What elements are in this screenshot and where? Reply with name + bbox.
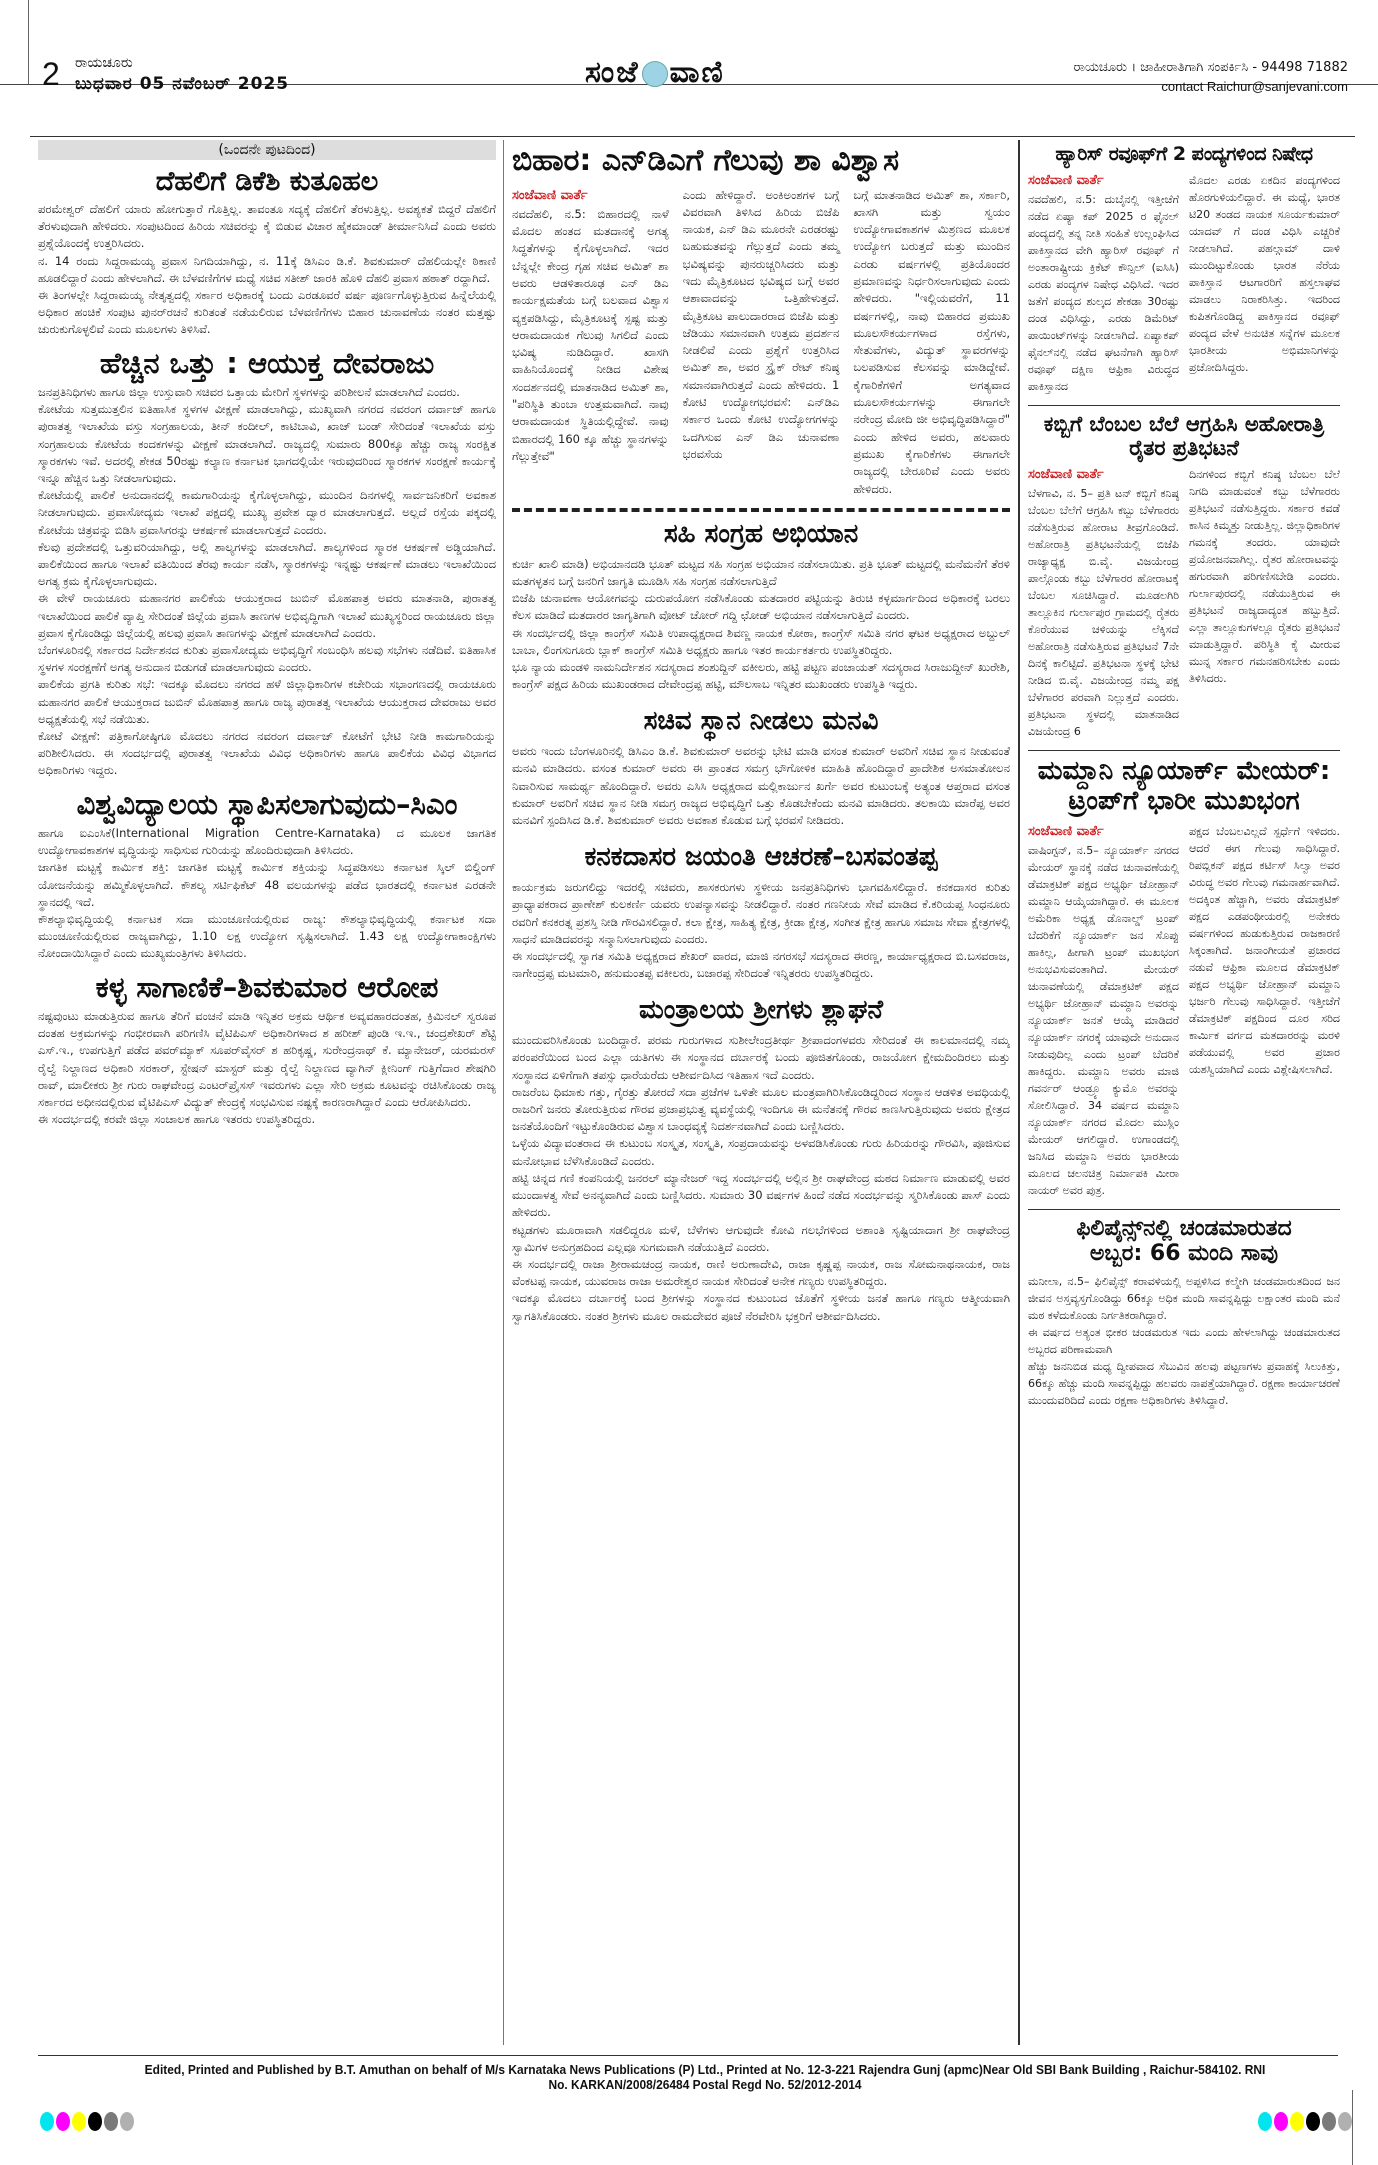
paragraph: ಒಳ್ಳೆಯ ವಿದ್ಯಾವಂತರಾದ ಈ ಕುಟುಂಬ ಸಂಸ್ಕೃತ, ಸಂ… xyxy=(512,1135,1010,1169)
paragraph: ಪರಮೇಶ್ವರ್ ದೆಹಲಿಗೆ ಯಾರು ಹೋಗುತ್ತಾರೆ ಗೊತ್ತಿ… xyxy=(38,201,496,253)
dove-icon xyxy=(642,61,668,87)
paragraph: ನ. 14 ರಂದು ಸಿದ್ದರಾಮಯ್ಯ ಪ್ರವಾಸ ನಿಗದಿಯಾಗಿದ… xyxy=(38,253,496,287)
article-kalla-saganike: ಕಳ್ಳ ಸಾಗಾಣಿಕೆ–ಶಿವಕುಮಾರ ಆರೋಪ ನಷ್ಟವುಂಟು ಮಾ… xyxy=(38,971,496,1129)
headline: ಮಂತ್ರಾಲಯ ಶ್ರೀಗಳು ಶ್ಲಾಘನೆ xyxy=(512,996,1010,1026)
headline: ಹ್ಯಾರಿಸ್ ರವೂಫ್‌ಗೆ 2 ಪಂದ್ಯಗಳಿಂದ ನಿಷೇಧ xyxy=(1028,144,1340,166)
ad-contact: ರಾಯಚೂರು । ಜಾಹೀರಾತಿಗಾಗಿ ಸಂಪರ್ಕಿಸಿ - 94498… xyxy=(1073,60,1348,94)
headline: ಕಬ್ಬಿಗೆ ಬೆಂಬಲ ಬೆಲೆ ಆಗ್ರಹಿಸಿ ಅಹೋರಾತ್ರಿ ರೈ… xyxy=(1028,412,1340,460)
paragraph: ಮೊದಲ ಎರಡು ಏಕದಿನ ಪಂದ್ಯಗಳಿಂದ ಹೊರಗುಳಿಯಲಿದ್ದ… xyxy=(1189,172,1340,376)
paragraph: ಹಟ್ಟಿ ಚಿನ್ನದ ಗಣಿ ಕಂಪನಿಯಲ್ಲಿ ಜನರಲ್ ಮ್ಯಾನೇ… xyxy=(512,1170,1010,1222)
section-divider xyxy=(512,508,1010,512)
paragraph: ಈ ಸಂದರ್ಭದಲ್ಲಿ ಸ್ವಾಗತ ಸಮಿತಿ ಅಧ್ಯಕ್ಷರಾದ ಶೇ… xyxy=(512,948,1010,982)
paragraph: ಕೌಶಲ್ಯಾಭಿವೃದ್ಧಿಯಲ್ಲಿ ಕರ್ನಾಟಕ ಸದಾ ಮುಂಚೂಣಿ… xyxy=(38,911,496,963)
paragraph: ಕೆಲವು ಪ್ರದೇಶದಲ್ಲಿ ಒತ್ತುವರಿಯಾಗಿದ್ದು, ಅಲ್ಲ… xyxy=(38,539,496,591)
article-kabbu-protest: ಕಬ್ಬಿಗೆ ಬೆಂಬಲ ಬೆಲೆ ಆಗ್ರಹಿಸಿ ಅಹೋರಾತ್ರಿ ರೈ… xyxy=(1028,412,1340,740)
paragraph: ಕೋಟೆ ವೀಕ್ಷಣೆ: ಪತ್ರಿಕಾಗೋಷ್ಠಿಗೂ ಮೊದಲು ನಗರದ… xyxy=(38,728,496,780)
article-dehali-dkshi: ದೆಹಲಿಗೆ ಡಿಕೆಶಿ ಕುತೂಹಲ ಪರಮೇಶ್ವರ್ ದೆಹಲಿಗೆ … xyxy=(38,166,496,339)
right-column: ಹ್ಯಾರಿಸ್ ರವೂಫ್‌ಗೆ 2 ಪಂದ್ಯಗಳಿಂದ ನಿಷೇಧ ಸಂಜ… xyxy=(1028,140,1340,2045)
paragraph: ಬೆಳಗಾವಿ, ನ. 5– ಪ್ರತಿ ಟನ್ ಕಬ್ಬಿಗೆ ಕನಿಷ್ಠ … xyxy=(1028,485,1179,740)
paragraph: ಅವರು ಇಂದು ಬೆಂಗಳೂರಿನಲ್ಲಿ ಡಿಸಿಎಂ ಡಿ.ಕೆ. ಶಿ… xyxy=(512,743,1010,829)
paragraph: ನವದೆಹಲಿ, ನ.5: ಬಿಹಾರದಲ್ಲಿ ನಾಳೆ ಮೊದಲ ಹಂತದ … xyxy=(512,206,669,465)
lightgray-dot-icon xyxy=(1338,2112,1352,2131)
column-divider xyxy=(503,140,504,2045)
paragraph: ಎಂದು ಹೇಳಿದ್ದಾರೆ. ಅಂಕಿಅಂಶಗಳ ಬಗ್ಗೆ ವಿವರವಾಗ… xyxy=(683,187,840,464)
crop-mark xyxy=(28,0,29,84)
headline-line-2: ಅಬ್ಬರ: 66 ಮಂದಿ ಸಾವು xyxy=(1028,1241,1340,1266)
paragraph: ನಷ್ಟವುಂಟು ಮಾಡುತ್ತಿರುವ ಹಾಗೂ ತೆರಿಗೆ ವಂಚನೆ … xyxy=(38,1008,496,1111)
black-dot-icon xyxy=(88,2112,102,2131)
magenta-dot-icon xyxy=(56,2112,70,2131)
yellow-dot-icon xyxy=(1290,2112,1304,2131)
headline: ಸಚಿವ ಸ್ಥಾನ ನೀಡಲು ಮನವಿ xyxy=(512,707,1010,737)
cyan-dot-icon xyxy=(1258,2112,1272,2131)
paragraph: ನವದೆಹಲಿ, ನ.5: ದುಬೈನಲ್ಲಿ ಇತ್ತೀಚೆಗೆ ನಡೆದ ಏ… xyxy=(1028,191,1179,395)
paragraph: ಈ ಸಂದರ್ಭದಲ್ಲಿ ರಾಜಾ ಶ್ರೀರಾಮಚಂದ್ರ ನಾಯಕ, ರಾ… xyxy=(512,1256,1010,1290)
article-kanakadasa-jayanti: ಕನಕದಾಸರ ಜಯಂತಿ ಆಚರಣೆ–ಬಸವಂತಪ್ಪ ಕಾರ್ಯಕ್ರಮ ಜ… xyxy=(512,843,1010,982)
yellow-dot-icon xyxy=(72,2112,86,2131)
article-divider xyxy=(1028,750,1340,751)
headline: ವಿಶ್ವವಿದ್ಯಾಲಯ ಸ್ಥಾಪಿಸಲಾಗುವುದು–ಸಿಎಂ xyxy=(38,788,496,821)
magenta-dot-icon xyxy=(1274,2112,1288,2131)
newspaper-logo: ಸಂಜೆವಾಣಿ xyxy=(585,55,725,90)
paragraph: ಈ ಸಂದರ್ಭದಲ್ಲಿ ಜಿಲ್ಲಾ ಕಾಂಗ್ರೆಸ್ ಸಮಿತಿ ಉಪಾ… xyxy=(512,625,1010,659)
ad-contact-phone: ರಾಯಚೂರು । ಜಾಹೀರಾತಿಗಾಗಿ ಸಂಪರ್ಕಿಸಿ - 94498… xyxy=(1073,60,1348,75)
headline: ದೆಹಲಿಗೆ ಡಿಕೆಶಿ ಕುತೂಹಲ xyxy=(38,166,496,197)
headline: ಹೆಚ್ಚಿನ ಒತ್ತು : ಆಯುಕ್ತ ದೇವರಾಜು xyxy=(38,347,496,380)
paragraph: ಮುಂದುವರಿಸಿಕೊಂಡು ಬಂದಿದ್ದಾರೆ. ಪರಮ ಗುರುಗಳಾದ… xyxy=(512,1032,1010,1084)
registration-marks-left xyxy=(40,2112,134,2131)
paragraph: ಪಾಲಿಕೆಯ ಪ್ರಗತಿ ಕುರಿತು ಸಭೆ: ಇದಕ್ಕೂ ಮೊದಲು … xyxy=(38,676,496,728)
edition-date: ಬುಧವಾರ 05 ನವೆಂಬರ್ 2025 xyxy=(75,74,289,94)
headline-line-1: ಫಿಲಿಪೈನ್ಸ್‌ನಲ್ಲಿ ಚಂಡಮಾರುತದ xyxy=(1028,1216,1340,1241)
article-mantralaya-shrigalu: ಮಂತ್ರಾಲಯ ಶ್ರೀಗಳು ಶ್ಲಾಘನೆ ಮುಂದುವರಿಸಿಕೊಂಡು… xyxy=(512,996,1010,1324)
black-dot-icon xyxy=(1306,2112,1320,2131)
headline: ಮಮ್ದಾನಿ ನ್ಯೂಯಾರ್ಕ್ ಮೇಯರ್: ಟ್ರಂಪ್‌ಗೆ ಭಾರೀ… xyxy=(1028,757,1340,817)
article-aayukta-devaraju: ಹೆಚ್ಚಿನ ಒತ್ತು : ಆಯುಕ್ತ ದೇವರಾಜು ಜನಪ್ರತಿನಿ… xyxy=(38,347,496,780)
paragraph: ಬಗ್ಗೆ ಮಾತನಾಡಿದ ಅಮಿತ್ ಶಾ, ಸರ್ಕಾರಿ, ಖಾಸಗಿ … xyxy=(853,187,1010,498)
paragraph: ಕಟ್ಟಡಗಳು ಮೂರಾವಾಗಿ ಸಡಲಿದ್ದರೂ ಮಳೆ, ಬೆಳೆಗಳು… xyxy=(512,1222,1010,1256)
headline: ಕನಕದಾಸರ ಜಯಂತಿ ಆಚರಣೆ–ಬಸವಂತಪ್ಪ xyxy=(512,843,1010,873)
gray-dot-icon xyxy=(1322,2112,1336,2131)
footer-rule xyxy=(38,2055,1338,2056)
paragraph: ಹಾಗೂ ಐಎಂಸಿಕೆ(International Migration Cen… xyxy=(38,825,496,859)
paragraph: ಜಾಗತಿಕ ಮಟ್ಟಕ್ಕೆ ಕಾರ್ಮಿಕ ಶಕ್ತಿ: ಜಾಗತಿಕ ಮಟ… xyxy=(38,859,496,911)
paragraph: ರಾಜರೆಂಬ ಧಿಮಾಕು ಗತ್ತು, ಗೈರತ್ತು ತೋರದೆ ಸದಾ … xyxy=(512,1084,1010,1136)
column-divider xyxy=(1018,140,1020,2045)
logo-text-left: ಸಂಜೆ xyxy=(585,55,640,90)
paragraph: ಹೆಚ್ಚು ಜನನಿಬಿಡ ಮಧ್ಯ ದ್ವೀಪವಾದ ಸೆಬುವಿನ ಹಲವ… xyxy=(1028,1358,1340,1409)
paragraph: ಮನೀಲಾ, ನ.5– ಫಿಲಿಪೈನ್ಸ್ ಕರಾವಳಿಯಲ್ಲಿ ಅಪ್ಪಳ… xyxy=(1028,1273,1340,1324)
headline: ಕಳ್ಳ ಸಾಗಾಣಿಕೆ–ಶಿವಕುಮಾರ ಆರೋಪ xyxy=(38,971,496,1004)
paragraph: ಜನಪ್ರತಿನಿಧಿಗಳು ಹಾಗೂ ಜಿಲ್ಲಾ ಉಸ್ತುವಾರಿ ಸಚಿ… xyxy=(38,384,496,401)
paragraph: ಕೋಟೆಯಲ್ಲಿ ಪಾಲಿಕೆ ಅನುದಾನದಲ್ಲಿ ಕಾಮಗಾರಿಯನ್ನ… xyxy=(38,487,496,539)
byline: ಸಂಜೆವಾಣಿ ವಾರ್ತೆ xyxy=(1028,466,1179,483)
paragraph: ಪಕ್ಷದ ಬೆಂಬಲವಿಲ್ಲದೆ ಸ್ಪರ್ಧೆಗೆ ಇಳಿದರು. ಆದರ… xyxy=(1189,823,1340,1078)
article-sachiva-sthana: ಸಚಿವ ಸ್ಥಾನ ನೀಡಲು ಮನವಿ ಅವರು ಇಂದು ಬೆಂಗಳೂರಿ… xyxy=(512,707,1010,829)
article-philippines-cyclone: ಫಿಲಿಪೈನ್ಸ್‌ನಲ್ಲಿ ಚಂಡಮಾರುತದ ಅಬ್ಬರ: 66 ಮಂದ… xyxy=(1028,1216,1340,1409)
continued-label: (ಒಂದನೇ ಪುಟದಿಂದ) xyxy=(38,140,496,160)
paragraph: ಈ ಸಂದರ್ಭದಲ್ಲಿ ಕರವೇ ಜಿಲ್ಲಾ ಸಂಚಾಲಕ ಹಾಗೂ ಇತ… xyxy=(38,1111,496,1128)
paragraph: ಕೋಟೆಯ ಸುತ್ತಮುತ್ತಲಿನ ಐತಿಹಾಸಿಕ ಸ್ಥಳಗಳ ವೀಕ್… xyxy=(38,401,496,487)
paragraph: ಈ ತಿಂಗಳಲ್ಲೇ ಸಿದ್ದರಾಮಯ್ಯ ನೇತೃತ್ವದಲ್ಲಿ ಸರ್… xyxy=(38,287,496,339)
article-sahi-sangraha: ಸಹಿ ಸಂಗ್ರಹ ಅಭಿಯಾನ ಕುರ್ಚಿ ಖಾಲಿ ಮಾಡಿ) ಅಭಿಯ… xyxy=(512,520,1010,694)
page-number: 2 xyxy=(42,56,60,93)
edition-city: ರಾಯಚೂರು xyxy=(75,55,133,71)
paragraph: ಬಿಜೆಪಿ ಚುನಾವಣಾ ಆಯೋಗವನ್ನು ದುರುಪಯೋಗ ನಡೆಸಿಕ… xyxy=(512,590,1010,624)
article-divider xyxy=(1028,405,1340,406)
ad-contact-email[interactable]: contact Raichur@sanjevani.com xyxy=(1073,79,1348,94)
paragraph: ಬೆಂಗಳೂರಿನಲ್ಲಿ ಸರ್ಕಾರದ ನಿರ್ದೇಶನದ ಕುರಿತು ಪ… xyxy=(38,642,496,676)
byline: ಸಂಜೆವಾಣಿ ವಾರ್ತೆ xyxy=(1028,823,1179,840)
paragraph: ಈ ವರ್ಷದ ಅತ್ಯಂತ ಭೀಕರ ಚಂಡಮರುತ ಇದು ಎಂದು ಹೇಳ… xyxy=(1028,1324,1340,1358)
paragraph: ಇದಕ್ಕೂ ಮೊದಲು ದರ್ಬಾರಕ್ಕೆ ಬಂದ ಶ್ರೀಗಳನ್ನು ಸ… xyxy=(512,1290,1010,1324)
cyan-dot-icon xyxy=(40,2112,54,2131)
imprint-line: Edited, Printed and Published by B.T. Am… xyxy=(139,2062,1271,2092)
article-bihar-nda-lead: ಬಿಹಾರ: ಎನ್‌ಡಿಎಗೆ ಗೆಲುವು ಶಾ ವಿಶ್ವಾಸ ಸಂಜೆವ… xyxy=(512,144,1010,498)
paragraph: ಕಾರ್ಯಕ್ರಮ ಜರುಗಲಿದ್ದು ಇದರಲ್ಲಿ ಸಚಿವರು, ಶಾಸ… xyxy=(512,879,1010,948)
center-column: ಬಿಹಾರ: ಎನ್‌ಡಿಎಗೆ ಗೆಲುವು ಶಾ ವಿಶ್ವಾಸ ಸಂಜೆವ… xyxy=(512,140,1010,2045)
article-divider xyxy=(1028,1209,1340,1210)
lightgray-dot-icon xyxy=(120,2112,134,2131)
byline: ಸಂಜೆವಾಣಿ ವಾರ್ತೆ xyxy=(1028,172,1179,189)
paragraph: ಈ ವೇಳೆ ರಾಯಚೂರು ಮಹಾನಗರ ಪಾಲಿಕೆಯ ಆಯುಕ್ತರಾದ … xyxy=(38,590,496,642)
paragraph: ದಿನಗಳಿಂದ ಕಬ್ಬಿಗೆ ಕನಿಷ್ಠ ಬೆಂಬಲ ಬೆಲೆ ನಿಗದಿ… xyxy=(1189,466,1340,687)
article-vishwavidyalaya: ವಿಶ್ವವಿದ್ಯಾಲಯ ಸ್ಥಾಪಿಸಲಾಗುವುದು–ಸಿಎಂ ಹಾಗೂ … xyxy=(38,788,496,963)
logo-text-right: ವಾಣಿ xyxy=(670,55,725,90)
headline: ಸಹಿ ಸಂಗ್ರಹ ಅಭಿಯಾನ xyxy=(512,520,1010,550)
masthead-bottom-rule xyxy=(30,136,1355,137)
paragraph: ಕುರ್ಚಿ ಖಾಲಿ ಮಾಡಿ) ಅಭಿಯಾನದಡಿ ಭೂತ್ ಮಟ್ಟದ ಸ… xyxy=(512,556,1010,590)
gray-dot-icon xyxy=(104,2112,118,2131)
lead-headline: ಬಿಹಾರ: ಎನ್‌ಡಿಎಗೆ ಗೆಲುವು ಶಾ ವಿಶ್ವಾಸ xyxy=(512,144,1010,179)
paragraph: ಭೂ ನ್ಯಾಯ ಮಂಡಳಿ ನಾಮನಿರ್ದೇಶನ ಸದಸ್ಯರಾದ ಶಂಶು… xyxy=(512,659,1010,693)
article-haris-rauf: ಹ್ಯಾರಿಸ್ ರವೂಫ್‌ಗೆ 2 ಪಂದ್ಯಗಳಿಂದ ನಿಷೇಧ ಸಂಜ… xyxy=(1028,144,1340,395)
article-mamdani-mayor: ಮಮ್ದಾನಿ ನ್ಯೂಯಾರ್ಕ್ ಮೇಯರ್: ಟ್ರಂಪ್‌ಗೆ ಭಾರೀ… xyxy=(1028,757,1340,1199)
paragraph: ವಾಷಿಂಗ್ಟನ್, ನ.5– ನ್ಯೂಯಾರ್ಕ್ ನಗರದ ಮೇಯರ್ ಸ… xyxy=(1028,842,1179,1199)
left-column: (ಒಂದನೇ ಪುಟದಿಂದ) ದೆಹಲಿಗೆ ಡಿಕೆಶಿ ಕುತೂಹಲ ಪರ… xyxy=(38,140,496,2045)
registration-marks-right xyxy=(1258,2112,1352,2131)
byline: ಸಂಜೆವಾಣಿ ವಾರ್ತೆ xyxy=(512,187,669,204)
crop-mark xyxy=(1352,2090,1353,2165)
